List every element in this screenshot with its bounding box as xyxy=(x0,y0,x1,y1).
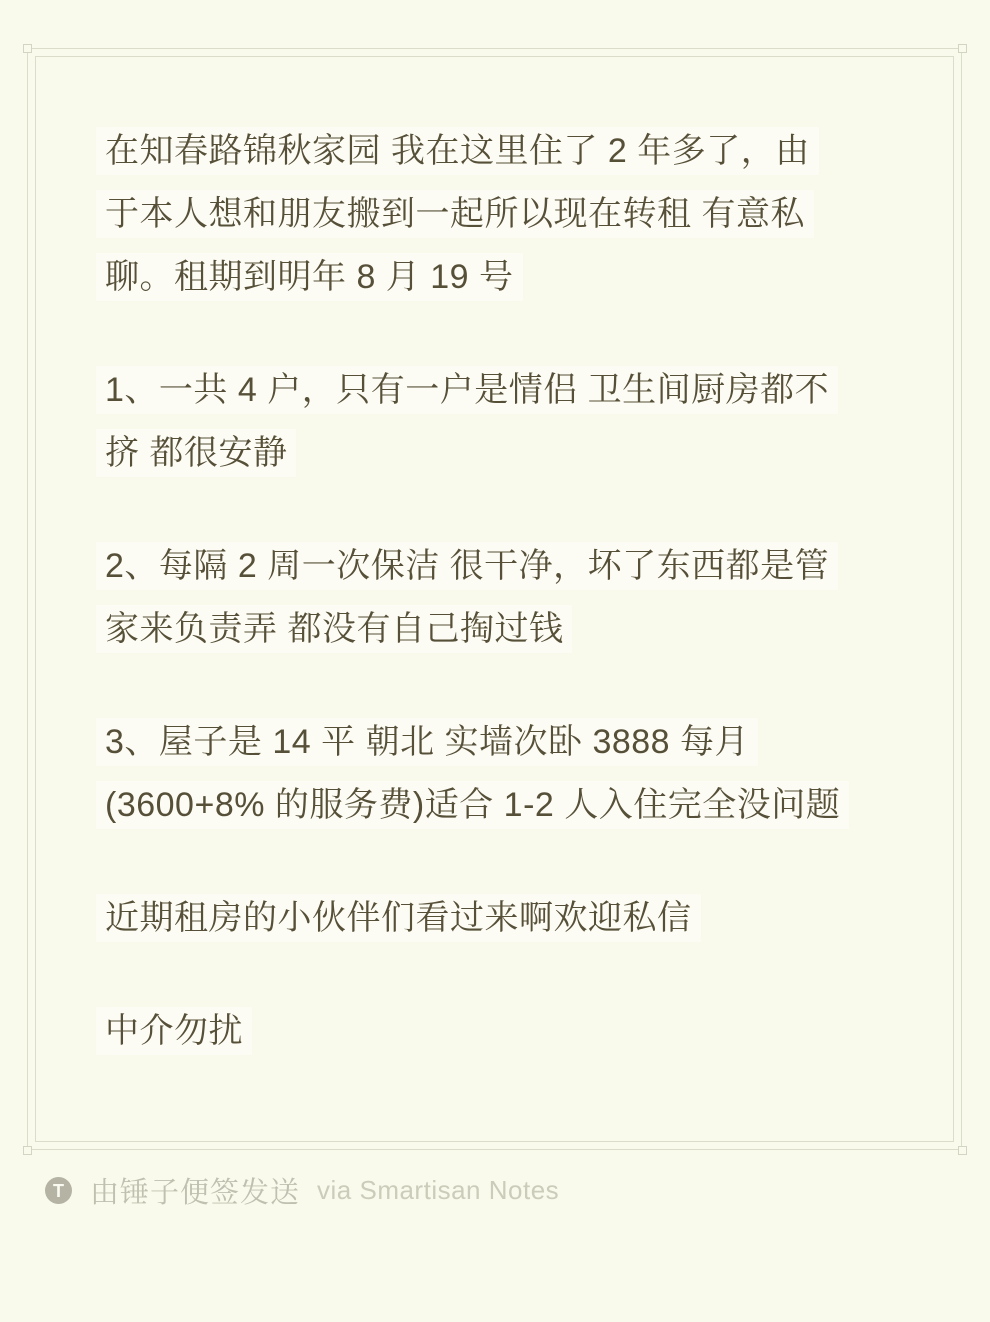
note-text-line: 中介勿扰 xyxy=(105,1000,917,1063)
frame-corner-top-right xyxy=(958,44,967,53)
note-paragraph-call-to-action: 近期租房的小伙伴们看过来啊欢迎私信 xyxy=(105,887,917,950)
note-text-line: 2、每隔 2 周一次保洁 很干净，坏了东西都是管 xyxy=(105,535,917,598)
smartisan-note-card: 在知春路锦秋家园 我在这里住了 2 年多了，由 于本人想和朋友搬到一起所以现在转… xyxy=(0,0,990,1322)
note-text-line: 家来负责弄 都没有自己掏过钱 xyxy=(105,598,917,661)
frame-corner-bottom-right xyxy=(958,1146,967,1155)
sent-via-label-chinese: 由锤子便签发送 xyxy=(90,1170,300,1211)
footer: T 由锤子便签发送 via Smartisan Notes xyxy=(45,1170,559,1211)
note-paragraph-no-agents: 中介勿扰 xyxy=(105,1000,917,1063)
frame-corner-bottom-left xyxy=(23,1146,32,1155)
smartisan-logo-letter: T xyxy=(53,1182,64,1200)
note-text-line: 3、屋子是 14 平 朝北 实墙次卧 3888 每月 xyxy=(105,711,917,774)
note-text-line: 近期租房的小伙伴们看过来啊欢迎私信 xyxy=(105,887,917,950)
note-text-line: 在知春路锦秋家园 我在这里住了 2 年多了，由 xyxy=(105,120,917,183)
frame-corner-top-left xyxy=(23,44,32,53)
note-text-line: 聊。租期到明年 8 月 19 号 xyxy=(105,246,917,309)
smartisan-hammer-icon: T xyxy=(45,1177,72,1204)
note-paragraph-item-2: 2、每隔 2 周一次保洁 很干净，坏了东西都是管 家来负责弄 都没有自己掏过钱 xyxy=(105,535,917,661)
note-text-line: 于本人想和朋友搬到一起所以现在转租 有意私 xyxy=(105,183,917,246)
note-text-line: 挤 都很安静 xyxy=(105,422,917,485)
note-paragraph-item-3: 3、屋子是 14 平 朝北 实墙次卧 3888 每月 (3600+8% 的服务费… xyxy=(105,711,917,837)
note-text-line: (3600+8% 的服务费)适合 1-2 人入住完全没问题 xyxy=(105,774,917,837)
sent-via-label-english: via Smartisan Notes xyxy=(317,1175,559,1206)
note-body: 在知春路锦秋家园 我在这里住了 2 年多了，由 于本人想和朋友搬到一起所以现在转… xyxy=(105,120,917,1063)
note-text-line: 1、一共 4 户，只有一户是情侣 卫生间厨房都不 xyxy=(105,359,917,422)
note-paragraph-item-1: 1、一共 4 户，只有一户是情侣 卫生间厨房都不 挤 都很安静 xyxy=(105,359,917,485)
note-paragraph-intro: 在知春路锦秋家园 我在这里住了 2 年多了，由 于本人想和朋友搬到一起所以现在转… xyxy=(105,120,917,309)
